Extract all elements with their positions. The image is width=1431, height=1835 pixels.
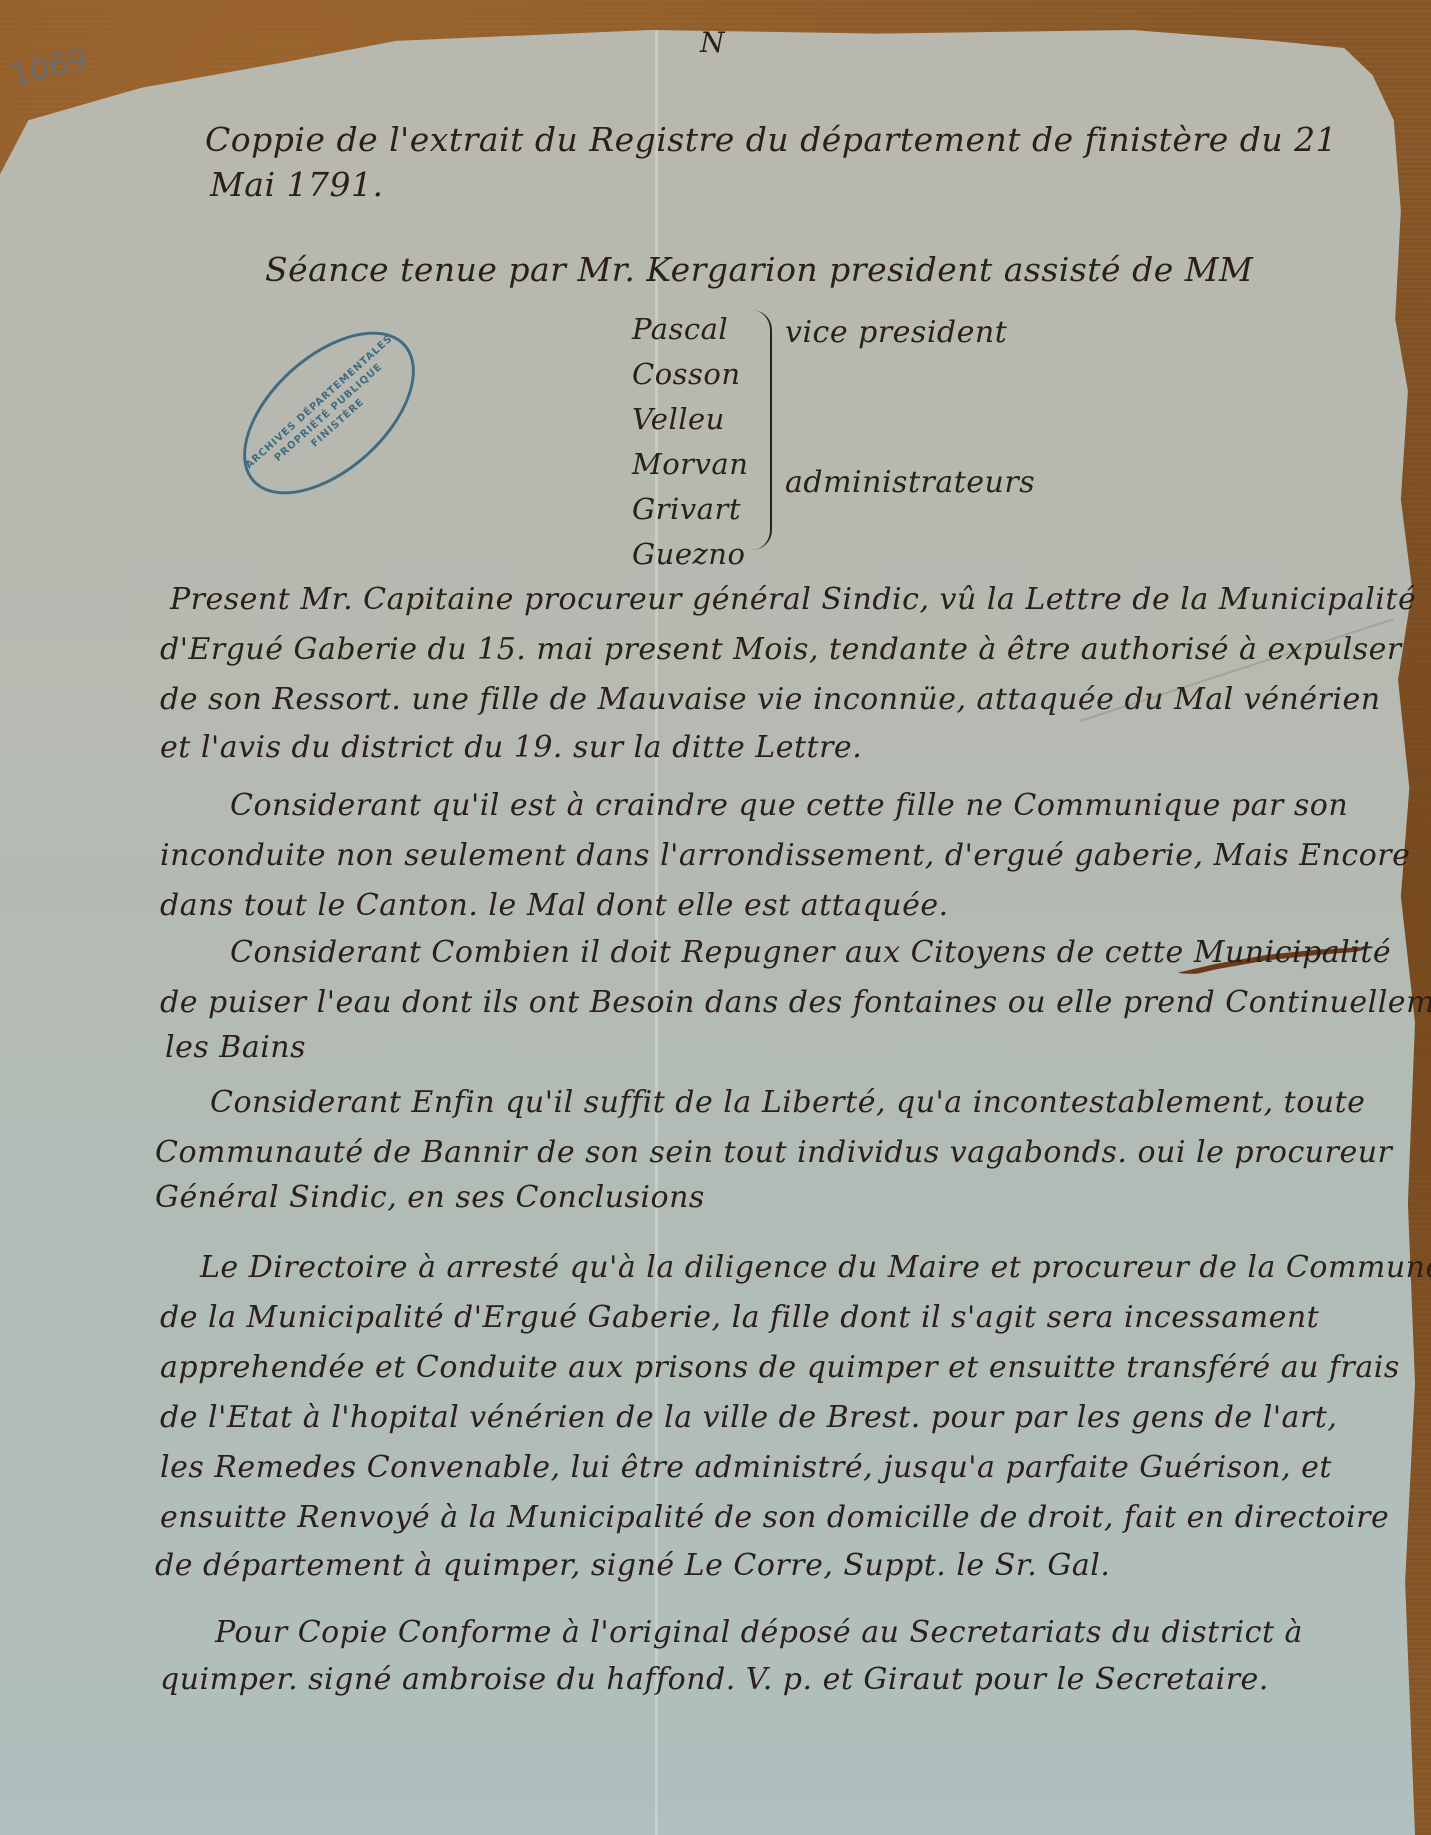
paragraph-3-line: les Bains <box>165 1030 306 1065</box>
paragraph-3-line: Considerant Combien il doit Repugner aux… <box>230 935 1391 970</box>
paragraph-5-line: Le Directoire à arresté qu'à la diligenc… <box>200 1250 1431 1285</box>
member-name: Guezno <box>632 537 748 582</box>
paragraph-1-line: Present Mr. Capitaine procureur général … <box>170 582 1416 617</box>
session-line: Séance tenue par Mr. Kergarion president… <box>265 250 1253 289</box>
title-line-2: Mai 1791. <box>210 165 383 204</box>
member-name: Grivart <box>632 492 748 537</box>
paragraph-5-line: de l'Etat à l'hopital vénérien de la vil… <box>160 1400 1337 1435</box>
paragraph-4-line: Considerant Enfin qu'il suffit de la Lib… <box>210 1085 1365 1120</box>
paragraph-1-line: d'Ergué Gaberie du 15. mai present Mois,… <box>160 632 1402 667</box>
stamp-line-2: PROPRIÉTÉ PUBLIQUE <box>272 361 386 466</box>
role-vice-president: vice president <box>785 315 1007 350</box>
paragraph-2-line: Considerant qu'il est à craindre que cet… <box>230 788 1348 823</box>
paragraph-5-line: de département à quimper, signé Le Corre… <box>155 1548 1110 1583</box>
member-name: Pascal <box>632 312 748 357</box>
paragraph-4-line: Général Sindic, en ses Conclusions <box>155 1180 705 1215</box>
title-line-1: Coppie de l'extrait du Registre du dépar… <box>205 120 1337 159</box>
paragraph-1-line: et l'avis du district du 19. sur la ditt… <box>160 730 862 765</box>
archive-number: 1069 <box>7 42 91 93</box>
paragraph-5-line: ensuitte Renvoyé à la Municipalité de so… <box>160 1500 1389 1535</box>
members-brace <box>752 310 772 550</box>
member-name: Velleu <box>632 402 748 447</box>
paragraph-6-line: quimper. signé ambroise du haffond. V. p… <box>160 1662 1269 1697</box>
paragraph-4-line: Communauté de Bannir de son sein tout in… <box>155 1135 1392 1170</box>
paragraph-1-line: de son Ressort. une fille de Mauvaise vi… <box>160 682 1381 717</box>
member-name: Cosson <box>632 357 748 402</box>
paragraph-3-line: de puiser l'eau dont ils ont Besoin dans… <box>160 985 1431 1020</box>
paragraph-5-line: de la Municipalité d'Ergué Gaberie, la f… <box>160 1300 1319 1335</box>
members-list: Pascal Cosson Velleu Morvan Grivart Guez… <box>632 312 748 582</box>
paragraph-2-line: dans tout le Canton. le Mal dont elle es… <box>160 888 949 923</box>
paragraph-5-line: les Remedes Convenable, lui être adminis… <box>160 1450 1332 1485</box>
paragraph-2-line: inconduite non seulement dans l'arrondis… <box>160 838 1410 873</box>
paragraph-6-line: Pour Copie Conforme à l'original déposé … <box>215 1615 1303 1650</box>
top-mark: N <box>700 26 725 59</box>
member-name: Morvan <box>632 447 748 492</box>
paragraph-5-line: apprehendée et Conduite aux prisons de q… <box>160 1350 1400 1385</box>
role-administrateurs: administrateurs <box>785 465 1035 500</box>
